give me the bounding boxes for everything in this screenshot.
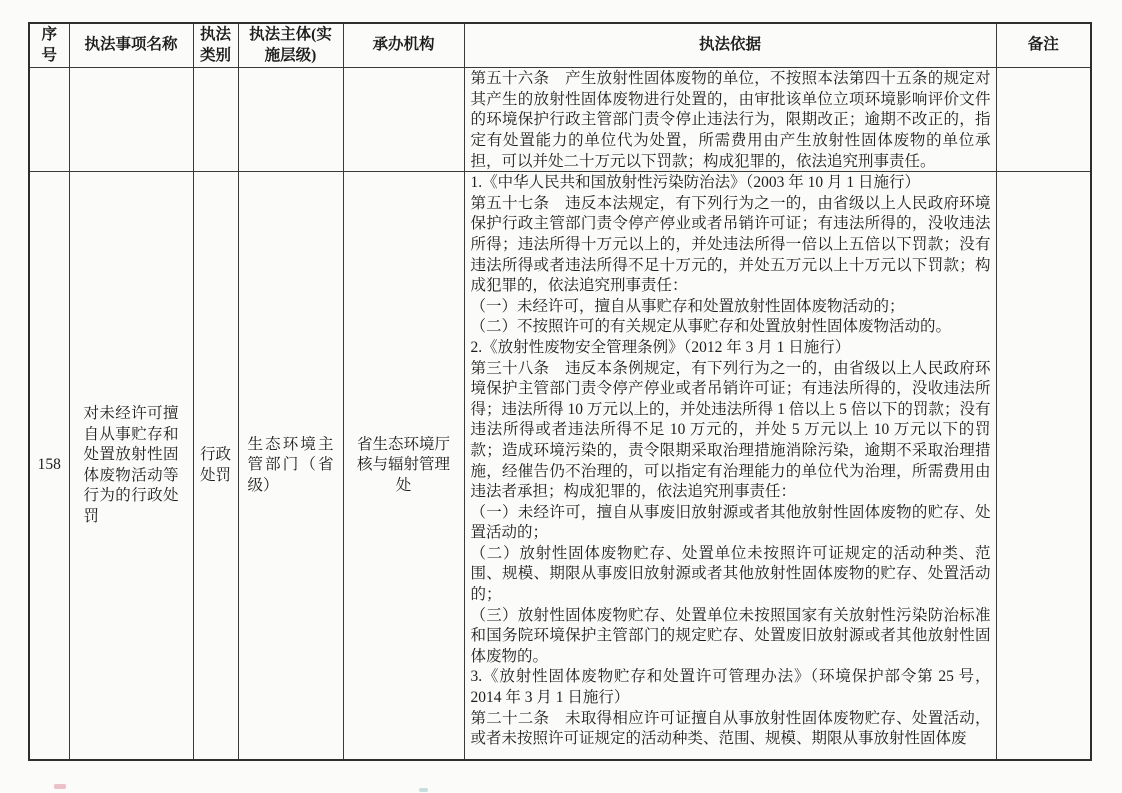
cell-remark	[996, 172, 1091, 761]
cell-category	[193, 68, 238, 172]
scan-speck-pink	[54, 784, 66, 789]
cell-item-name	[69, 68, 193, 172]
cell-basis: 1.《中华人民共和国放射性污染防治法》（2003 年 10 月 1 日施行） 第…	[464, 172, 996, 761]
col-header-seq: 序号	[29, 23, 69, 68]
cell-basis: 第五十六条 产生放射性固体废物的单位，不按照本法第四十五条的规定对其产生的放射性…	[464, 68, 996, 172]
cell-seq: 158	[29, 172, 69, 761]
cell-organizer: 省生态环境厅核与辐射管理处	[343, 172, 464, 761]
table-row-158: 158 对未经许可擅自从事贮存和处置放射性固体废物活动等行为的行政处罚 行政处罚…	[29, 172, 1091, 761]
cell-subject: 生态环境主管部门（省级）	[238, 172, 343, 761]
cell-category: 行政处罚	[193, 172, 238, 761]
col-header-item-name: 执法事项名称	[69, 23, 193, 68]
cell-organizer	[343, 68, 464, 172]
scan-speck-teal	[419, 788, 428, 792]
cell-seq	[29, 68, 69, 172]
col-header-basis: 执法依据	[464, 23, 996, 68]
cell-remark	[996, 68, 1091, 172]
cell-subject	[238, 68, 343, 172]
col-header-organizer: 承办机构	[343, 23, 464, 68]
table-row-carryover: 第五十六条 产生放射性固体废物的单位，不按照本法第四十五条的规定对其产生的放射性…	[29, 68, 1091, 172]
document-page: 序号 执法事项名称 执法类别 执法主体(实施层级) 承办机构 执法依据 备注 第…	[0, 0, 1122, 793]
col-header-remark: 备注	[996, 23, 1091, 68]
col-header-category: 执法类别	[193, 23, 238, 68]
table-header-row: 序号 执法事项名称 执法类别 执法主体(实施层级) 承办机构 执法依据 备注	[29, 23, 1091, 68]
col-header-subject: 执法主体(实施层级)	[238, 23, 343, 68]
basis-text: 1.《中华人民共和国放射性污染防治法》（2003 年 10 月 1 日施行） 第…	[465, 172, 996, 759]
basis-text: 第五十六条 产生放射性固体废物的单位，不按照本法第四十五条的规定对其产生的放射性…	[465, 68, 996, 171]
cell-item-name: 对未经许可擅自从事贮存和处置放射性固体废物活动等行为的行政处罚	[69, 172, 193, 761]
enforcement-items-table: 序号 执法事项名称 执法类别 执法主体(实施层级) 承办机构 执法依据 备注 第…	[28, 22, 1092, 761]
